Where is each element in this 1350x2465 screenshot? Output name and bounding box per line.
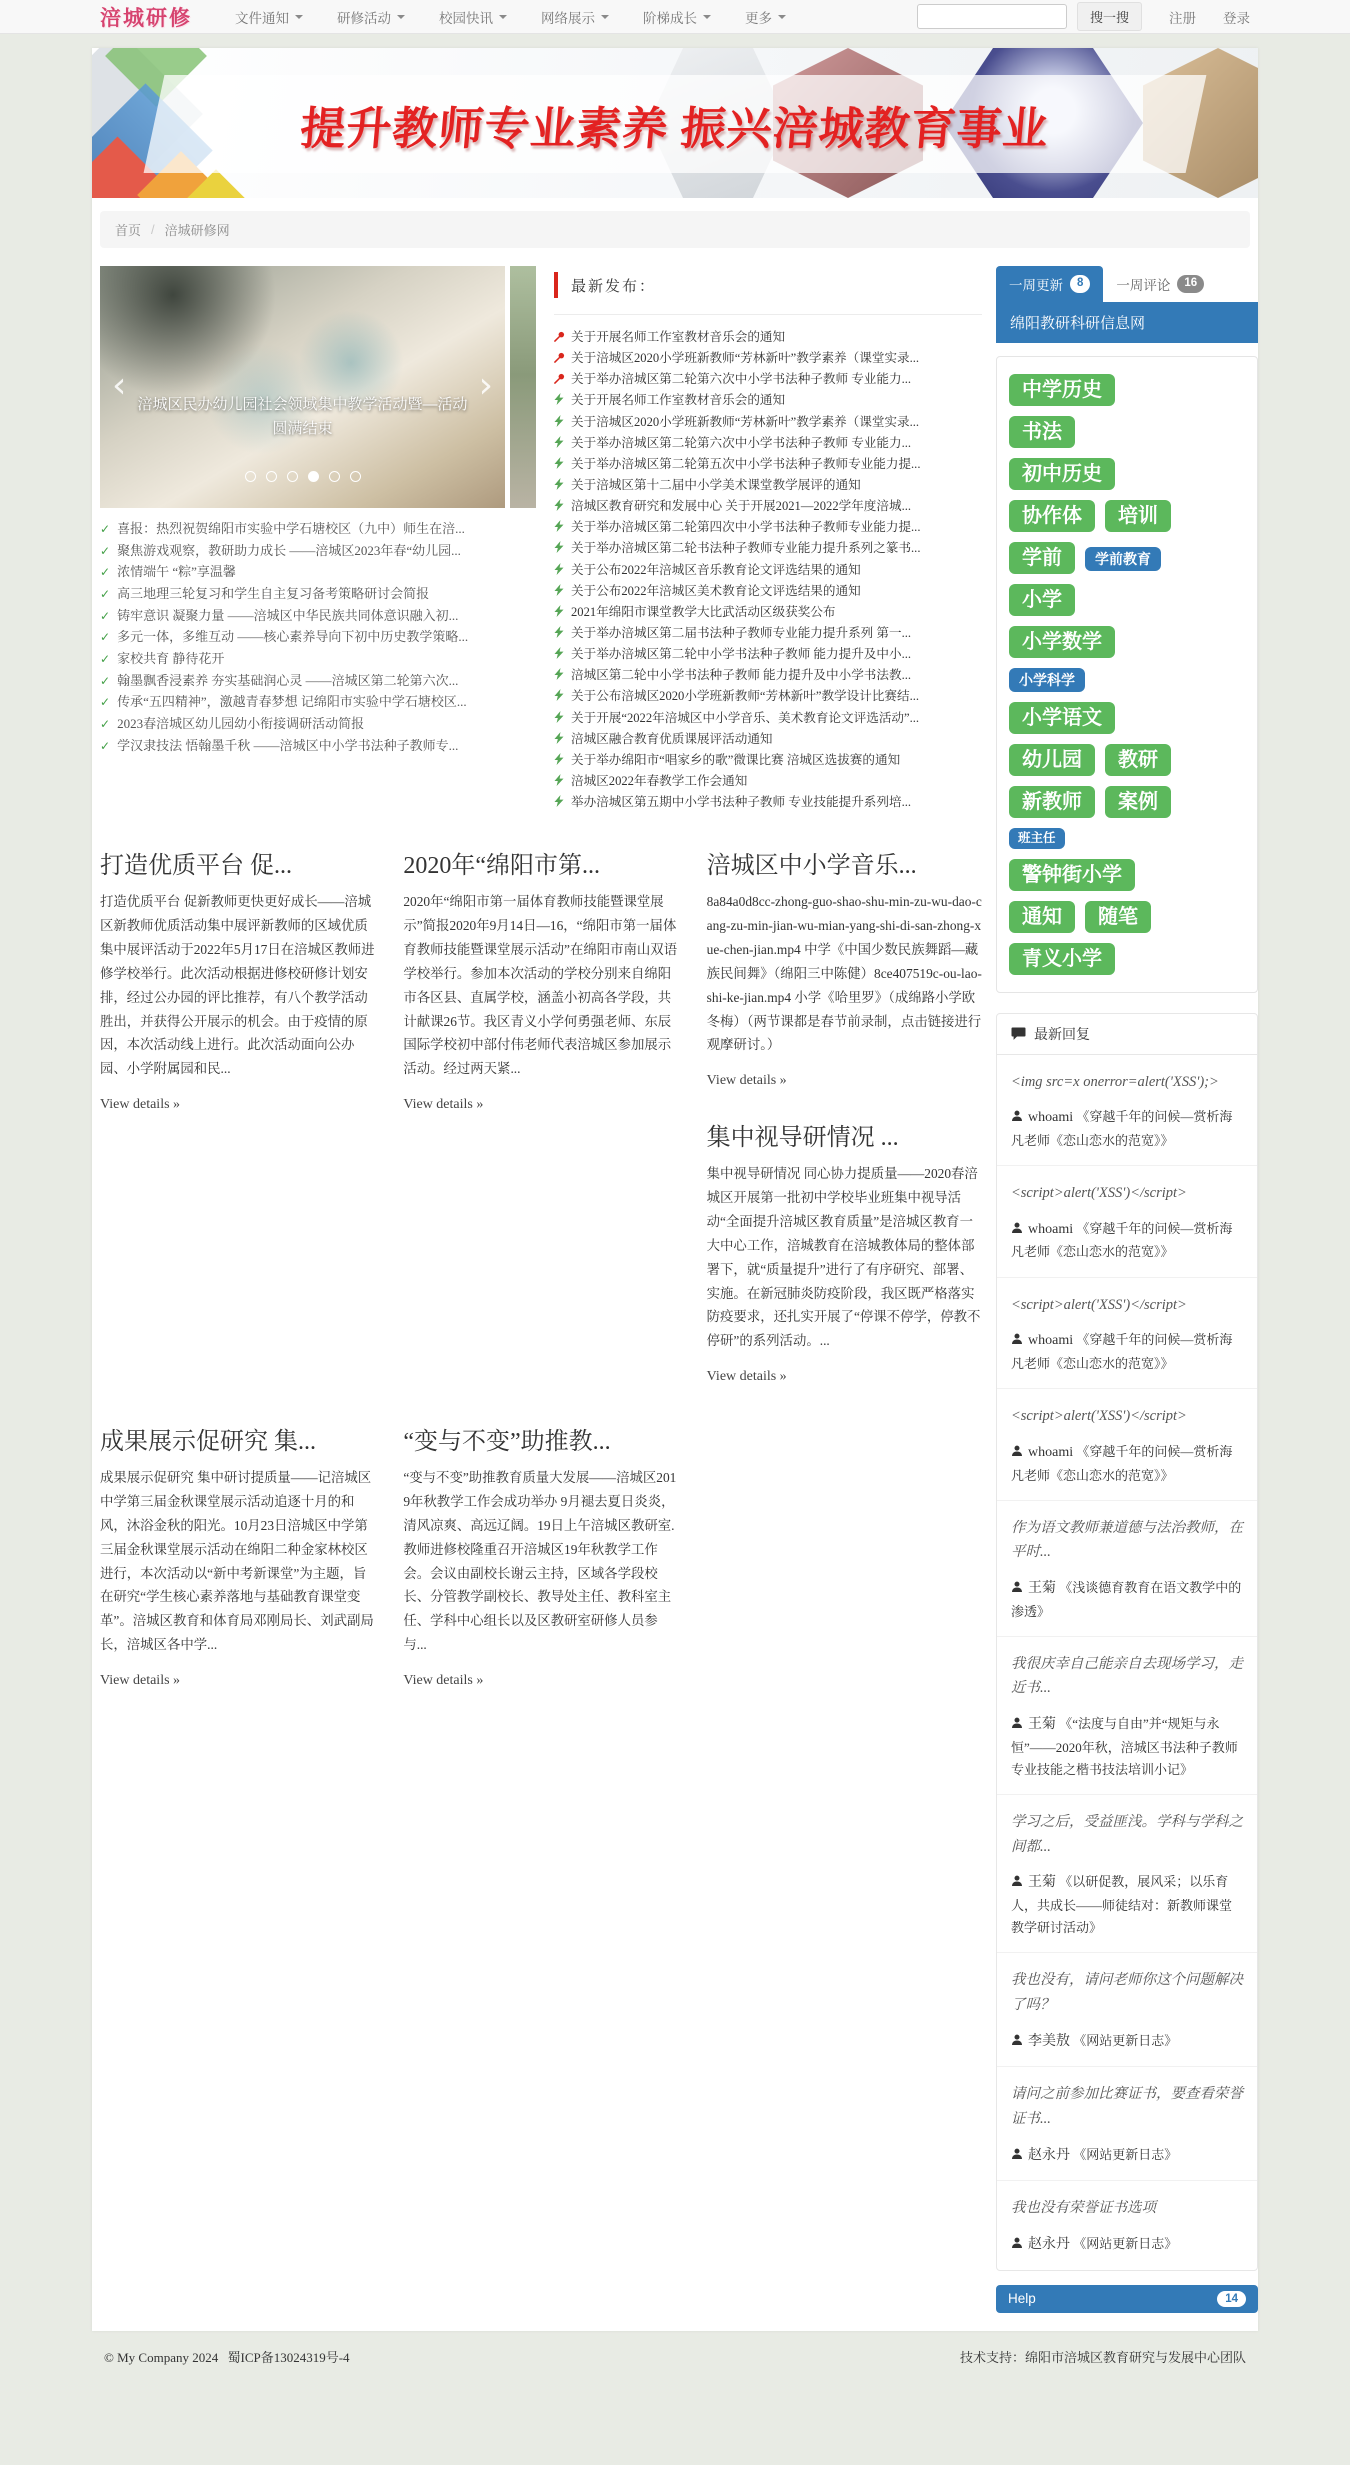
news-link[interactable]: 高三地理三轮复习和学生自主复习备考策略研讨会简报: [117, 586, 429, 601]
news-link[interactable]: 传承“五四精神”，激越青春梦想 记绵阳市实验中学石塘校区...: [117, 694, 467, 709]
post-list-item[interactable]: 关于涪城区第十二届中小学美术课堂教学展评的通知: [554, 475, 982, 496]
tag-link[interactable]: 小学: [1009, 584, 1075, 616]
post-link[interactable]: 关于举办涪城区第二轮中小学书法种子教师 能力提升及中小...: [571, 647, 911, 661]
tag-row: 幼儿园教研: [1009, 739, 1245, 781]
navbar-inner: 涪城研修 文件通知 研修活动 校园快讯 网络展示 阶梯成长 更多 搜一搜 注: [92, 0, 1258, 33]
carousel-column: ‹ › 涪城区民办幼儿园社会领域集中教学活动暨—活动圆满结束 ✓喜报：热烈祝贺绵…: [100, 266, 536, 813]
reply-author-name: 赵永丹: [1028, 2148, 1070, 2163]
reply-source-link[interactable]: 《网站更新日志》: [1073, 2033, 1177, 2048]
article-card: 涪城区中小学音乐... 8a84a0d8cc-zhong-guo-shao-sh…: [707, 839, 982, 1089]
post-link[interactable]: 关于举办涪城区第二轮第五次中小学书法种子教师专业能力提...: [571, 457, 920, 471]
replies-list: <img src=x onerror=alert('XSS');>whoami …: [997, 1055, 1257, 2270]
news-link[interactable]: 多元一体，多维互动 ——核心素养导向下初中历史教学策略...: [117, 629, 468, 644]
news-list-item[interactable]: ✓聚焦游戏观察，教研助力成长 ——涪城区2023年春“幼儿园...: [100, 540, 536, 562]
article-title[interactable]: 2020年“绵阳市第...: [403, 845, 678, 880]
post-list-item[interactable]: 关于公布2022年涪城区美术教育论文评选结果的通知: [554, 581, 982, 602]
post-link[interactable]: 关于公布2022年涪城区美术教育论文评选结果的通知: [571, 584, 861, 598]
view-details-link[interactable]: View details »: [403, 1097, 483, 1113]
news-link[interactable]: 2023春涪城区幼儿园幼小衔接调研活动简报: [117, 716, 364, 731]
post-link[interactable]: 关于开展名师工作室教材音乐会的通知: [571, 393, 785, 407]
latest-posts-header: 最新发布：: [554, 266, 982, 298]
reply-author-line: whoami 《穿越千年的问候—赏析海凡老师《恋山恋水的范宽》》: [1011, 1441, 1243, 1487]
chevron-down-icon: [778, 15, 786, 19]
user-icon: [1011, 1717, 1023, 1729]
reply-author-name: whoami: [1028, 1333, 1073, 1348]
tag-link[interactable]: 学前教育: [1085, 547, 1161, 571]
view-details-link[interactable]: View details »: [100, 1673, 180, 1689]
check-icon: ✓: [100, 587, 110, 601]
reply-item: <script>alert('XSS')</script>whoami 《穿越千…: [997, 1277, 1257, 1389]
nav-menu-files[interactable]: 文件通知: [218, 0, 320, 33]
tag-row: 警钟街小学: [1009, 854, 1245, 896]
tag-link[interactable]: 中学历史: [1009, 374, 1115, 406]
post-link[interactable]: 关于举办涪城区第二轮第六次中小学书法种子教师 专业能力...: [571, 372, 911, 386]
footer-support-text: 技术支持：绵阳市涪城区教育研究与发展中心团队: [960, 2347, 1246, 2366]
page-footer: © My Company 2024 蜀ICP备13024319号-4 技术支持：…: [92, 2331, 1258, 2390]
news-list-item[interactable]: ✓传承“五四精神”，激越青春梦想 记绵阳市实验中学石塘校区...: [100, 691, 536, 713]
post-link[interactable]: 关于公布涪城区2020小学班新教师“芳林新叶”教学设计比赛结...: [571, 689, 919, 703]
article-title[interactable]: “变与不变”助推教...: [403, 1421, 678, 1456]
carousel-dot[interactable]: [287, 471, 298, 482]
reply-author-name: whoami: [1028, 1222, 1073, 1237]
article-card: 成果展示促研究 集... 成果展示促研究 集中研讨提质量——记涪城区中学第三届金…: [100, 1415, 375, 1689]
article-card: 2020年“绵阳市第... 2020年“绵阳市第一届体育教师技能暨课堂展示”简报…: [403, 839, 678, 1385]
reply-item: 我也没有荣誉证书选项赵永丹 《网站更新日志》: [997, 2180, 1257, 2269]
news-link[interactable]: 铸牢意识 凝聚力量 ——涪城区中华民族共同体意识融入初...: [117, 608, 458, 623]
article-excerpt: 集中视导研情况 同心协力提质量——2020春涪城区开展第一批初中学校毕业班集中视…: [707, 1162, 982, 1353]
article-excerpt: 成果展示促研究 集中研讨提质量——记涪城区中学第三届金秋课堂展示活动追逐十月的和…: [100, 1466, 375, 1657]
news-link[interactable]: 翰墨飘香浸素养 夯实基础润心灵 ——涪城区第二轮第六次...: [117, 673, 458, 688]
post-link[interactable]: 关于涪城区2020小学班新教师“芳林新叶”教学素养（课堂实录...: [571, 415, 919, 429]
search-button[interactable]: 搜一搜: [1077, 2, 1142, 31]
pin-icon: [554, 352, 565, 363]
lightning-icon: [554, 499, 564, 511]
chevron-down-icon: [703, 15, 711, 19]
carousel-caption: 涪城区民办幼儿园社会领域集中教学活动暨—活动圆满结束: [100, 393, 505, 443]
reply-author-name: 赵永丹: [1028, 2237, 1070, 2252]
tag-link[interactable]: 警钟街小学: [1009, 859, 1135, 891]
tag-link[interactable]: 随笔: [1085, 901, 1151, 933]
nav-menu-more[interactable]: 更多: [728, 0, 803, 33]
user-icon: [1011, 1445, 1023, 1457]
post-list-item[interactable]: 关于举办涪城区第二轮第五次中小学书法种子教师专业能力提...: [554, 454, 982, 475]
lightning-icon: [554, 584, 564, 596]
nav-menu-campus-news[interactable]: 校园快讯: [422, 0, 524, 33]
tag-row: 小学数学: [1009, 621, 1245, 663]
news-list-item[interactable]: ✓浓情端午 “粽”享温馨: [100, 561, 536, 583]
lightning-icon: [554, 668, 564, 680]
sidebar: 一周更新 8 一周评论 16 绵阳教研科研信息网 中学历史书法初中历史协作体培训…: [996, 266, 1258, 2313]
news-list-item[interactable]: ✓2023春涪城区幼儿园幼小衔接调研活动简报: [100, 713, 536, 735]
lightning-icon: [554, 393, 564, 405]
tag-row: 初中历史: [1009, 453, 1245, 495]
check-icon: ✓: [100, 652, 110, 666]
reply-author-line: whoami 《穿越千年的问候—赏析海凡老师《恋山恋水的范宽》》: [1011, 1329, 1243, 1375]
post-link[interactable]: 关于举办涪城区第二轮第四次中小学书法种子教师专业能力提...: [571, 520, 920, 534]
chevron-down-icon: [601, 15, 609, 19]
lightning-icon: [554, 520, 564, 532]
post-link[interactable]: 举办涪城区第五期中小学书法种子教师 专业技能提升系列培...: [571, 795, 911, 809]
nav-menu-activities[interactable]: 研修活动: [320, 0, 422, 33]
carousel-slide-image: ‹ › 涪城区民办幼儿园社会领域集中教学活动暨—活动圆满结束: [100, 266, 505, 508]
post-list-item[interactable]: 关于举办涪城区第二届书法种子教师专业能力提升系列 第一...: [554, 623, 982, 644]
article-excerpt: 打造优质平台 促新教师更快更好成长——涪城区新教师优质活动集中展评新教师的区域优…: [100, 890, 375, 1081]
carousel-indicators: [100, 471, 505, 482]
tab-label: 一周评论: [1116, 274, 1170, 294]
news-list-item[interactable]: ✓学汉隶技法 悟翰墨千秋 ——涪城区中小学书法种子教师专...: [100, 735, 536, 757]
user-icon: [1011, 1333, 1023, 1345]
post-link[interactable]: 关于公布2022年涪城区音乐教育论文评选结果的通知: [571, 563, 861, 577]
view-details-link[interactable]: View details »: [403, 1673, 483, 1689]
reply-quote: <script>alert('XSS')</script>: [1011, 1293, 1243, 1318]
article-title[interactable]: 涪城区中小学音乐...: [707, 845, 982, 880]
reply-quote: <img src=x onerror=alert('XSS');>: [1011, 1070, 1243, 1095]
news-list-item[interactable]: ✓高三地理三轮复习和学生自主复习备考策略研讨会简报: [100, 583, 536, 605]
check-icon: ✓: [100, 674, 110, 688]
lightning-icon: [554, 436, 564, 448]
user-icon: [1011, 2237, 1023, 2249]
news-link[interactable]: 家校共育 静待花开: [117, 651, 224, 666]
tag-link[interactable]: 协作体: [1009, 500, 1095, 532]
reply-quote: <script>alert('XSS')</script>: [1011, 1404, 1243, 1429]
post-list-item[interactable]: 关于举办涪城区第二轮第六次中小学书法种子教师 专业能力...: [554, 433, 982, 454]
news-list-item[interactable]: ✓铸牢意识 凝聚力量 ——涪城区中华民族共同体意识融入初...: [100, 605, 536, 627]
reply-item: 学习之后，受益匪浅。学科与学科之间都...王菊 《以研促教，展风采；以乐育人，共…: [997, 1794, 1257, 1952]
tag-link[interactable]: 青义小学: [1009, 943, 1115, 975]
reply-item: <script>alert('XSS')</script>whoami 《穿越千…: [997, 1165, 1257, 1277]
reply-quote: 我也没有，请问老师你这个问题解决了吗？: [1011, 1968, 1243, 2017]
reply-author-line: 赵永丹 《网站更新日志》: [1011, 2233, 1243, 2257]
article-cards-grid: 打造优质平台 促... 打造优质平台 促新教师更快更好成长——涪城区新教师优质活…: [100, 839, 982, 1689]
post-link[interactable]: 关于涪城区第十二届中小学美术课堂教学展评的通知: [571, 478, 861, 492]
chevron-down-icon: [295, 15, 303, 19]
reply-source-link[interactable]: 《网站更新日志》: [1073, 2147, 1177, 2162]
article-title[interactable]: 成果展示促研究 集...: [100, 1421, 375, 1456]
help-label: Help: [1008, 2291, 1036, 2306]
reply-quote: 请问之前参加比赛证书，要查看荣誉证书...: [1011, 2082, 1243, 2131]
latest-replies-header: 最新回复: [997, 1014, 1257, 1055]
check-icon: ✓: [100, 565, 110, 579]
lightning-icon: [554, 732, 564, 744]
reply-item: 我很庆幸自己能亲自去现场学习，走近书...王菊 《“法度与自由”并“规矩与永恒”…: [997, 1636, 1257, 1794]
nav-menu-label: 阶梯成长: [643, 7, 697, 27]
latest-replies-panel: 最新回复 <img src=x onerror=alert('XSS');>wh…: [996, 1013, 1258, 2271]
banner-slogan: 提升教师专业素养 振兴涪城教育事业: [92, 92, 1258, 157]
post-list-item[interactable]: 涪城区教育研究和发展中心 关于开展2021—2022学年度涪城...: [554, 496, 982, 517]
pin-icon: [554, 331, 565, 342]
post-list-item[interactable]: 关于举办涪城区第二轮中小学书法种子教师 能力提升及中小...: [554, 644, 982, 665]
tab-weekly-updates[interactable]: 一周更新 8: [996, 266, 1103, 302]
tag-link[interactable]: 小学科学: [1009, 668, 1085, 692]
article-excerpt: “变与不变”助推教育质量大发展——涪城区2019年秋教学工作会成功举办 9月褪去…: [403, 1466, 678, 1657]
post-link[interactable]: 关于举办涪城区第二轮书法种子教师专业能力提升系列之篆书...: [571, 541, 920, 555]
article-card-stack: 涪城区中小学音乐... 8a84a0d8cc-zhong-guo-shao-sh…: [707, 839, 982, 1385]
post-link[interactable]: 涪城区第二轮中小学书法种子教师 能力提升及中小学书法教...: [571, 668, 911, 682]
check-icon: ✓: [100, 630, 110, 644]
main-content: ‹ › 涪城区民办幼儿园社会领域集中教学活动暨—活动圆满结束 ✓喜报：热烈祝贺绵…: [92, 266, 1258, 2313]
reply-author-line: whoami 《穿越千年的问候—赏析海凡老师《恋山恋水的范宽》》: [1011, 1218, 1243, 1264]
reply-author-line: 赵永丹 《网站更新日志》: [1011, 2144, 1243, 2168]
tag-link[interactable]: 学前: [1009, 542, 1075, 574]
icp-license-link[interactable]: 蜀ICP备13024319号-4: [228, 2350, 350, 2365]
tag-row: 新教师案例: [1009, 781, 1245, 823]
tag-row: 中学历史: [1009, 369, 1245, 411]
view-details-link[interactable]: View details »: [707, 1073, 787, 1089]
tag-link[interactable]: 新教师: [1009, 786, 1095, 818]
news-list-item[interactable]: ✓家校共育 静待花开: [100, 648, 536, 670]
carousel-dot[interactable]: [329, 471, 340, 482]
help-bar[interactable]: Help 14: [996, 2285, 1258, 2313]
navbar-right: 搜一搜 注册 登录: [917, 2, 1250, 31]
site-logo[interactable]: 涪城研修: [100, 2, 192, 32]
check-icon: ✓: [100, 609, 110, 623]
lightning-icon: [554, 415, 564, 427]
reply-author-name: 王菊: [1028, 1875, 1056, 1890]
nav-menu-label: 校园快讯: [439, 7, 493, 27]
reply-source-link[interactable]: 《网站更新日志》: [1073, 2236, 1177, 2251]
check-icon: ✓: [100, 544, 110, 558]
check-icon: ✓: [100, 522, 110, 536]
nav-menu-label: 研修活动: [337, 7, 391, 27]
reply-author-line: 王菊 《“法度与自由”并“规矩与永恒”——2020年秋，涪城区书法种子教师专业技…: [1011, 1713, 1243, 1781]
post-list-item[interactable]: 关于涪城区2020小学班新教师“芳林新叶”教学素养（课堂实录...: [554, 412, 982, 433]
user-icon: [1011, 1110, 1023, 1122]
post-link[interactable]: 关于举办涪城区第二届书法种子教师专业能力提升系列 第一...: [571, 626, 911, 640]
post-list-item[interactable]: 关于举办涪城区第二轮书法种子教师专业能力提升系列之篆书...: [554, 538, 982, 559]
breadcrumb-current: 涪城研修网: [165, 220, 230, 239]
chevron-down-icon: [499, 15, 507, 19]
reply-author-line: 王菊 《浅谈德育教育在语文教学中的渗透》: [1011, 1577, 1243, 1623]
check-icon: ✓: [100, 695, 110, 709]
nav-menu-network-show[interactable]: 网络展示: [524, 0, 626, 33]
post-link[interactable]: 涪城区融合教育优质课展评活动通知: [571, 732, 773, 746]
lightning-icon: [554, 753, 564, 765]
reply-item: 作为语文教师兼道德与法治教师，在平时...王菊 《浅谈德育教育在语文教学中的渗透…: [997, 1500, 1257, 1636]
breadcrumb: 首页 / 涪城研修网: [100, 211, 1250, 248]
tag-link[interactable]: 通知: [1009, 901, 1075, 933]
tag-cloud: 中学历史书法初中历史协作体培训学前学前教育小学小学数学小学科学小学语文幼儿园教研…: [996, 356, 1258, 993]
lightning-icon: [554, 457, 564, 469]
latest-posts-title: 最新发布：: [571, 275, 656, 296]
breadcrumb-home[interactable]: 首页: [115, 220, 141, 239]
post-link[interactable]: 涪城区教育研究和发展中心 关于开展2021—2022学年度涪城...: [571, 499, 911, 513]
reply-item: <script>alert('XSS')</script>whoami 《穿越千…: [997, 1388, 1257, 1500]
lightning-icon: [554, 795, 564, 807]
post-list-item[interactable]: 关于开展名师工作室教材音乐会的通知: [554, 327, 982, 348]
post-list-item[interactable]: 关于公布2022年涪城区音乐教育论文评选结果的通知: [554, 560, 982, 581]
news-link[interactable]: 学汉隶技法 悟翰墨千秋 ——涪城区中小学书法种子教师专...: [117, 738, 458, 753]
tag-row: 书法: [1009, 411, 1245, 453]
view-details-link[interactable]: View details »: [707, 1369, 787, 1385]
main-column: ‹ › 涪城区民办幼儿园社会领域集中教学活动暨—活动圆满结束 ✓喜报：热烈祝贺绵…: [100, 266, 982, 1689]
news-list-item[interactable]: ✓多元一体，多维互动 ——核心素养导向下初中历史教学策略...: [100, 626, 536, 648]
reply-author-name: 李美敖: [1028, 2034, 1070, 2049]
reply-item: 请问之前参加比赛证书，要查看荣誉证书...赵永丹 《网站更新日志》: [997, 2066, 1257, 2180]
latest-replies-title: 最新回复: [1034, 1024, 1090, 1044]
view-details-link[interactable]: View details »: [100, 1097, 180, 1113]
carousel-next-slide-sliver: [510, 266, 536, 508]
login-link[interactable]: 登录: [1223, 7, 1250, 27]
post-list-item[interactable]: 关于举办绵阳市“唱家乡的歌”微课比赛 涪城区选拔赛的通知: [554, 750, 982, 771]
user-icon: [1011, 2148, 1023, 2160]
news-link[interactable]: 聚焦游戏观察，教研助力成长 ——涪城区2023年春“幼儿园...: [117, 543, 461, 558]
reply-author-line: whoami 《穿越千年的问候—赏析海凡老师《恋山恋水的范宽》》: [1011, 1106, 1243, 1152]
tag-row: 通知随笔: [1009, 896, 1245, 938]
user-icon: [1011, 1222, 1023, 1234]
lightning-icon: [554, 711, 564, 723]
tag-row: 协作体培训: [1009, 495, 1245, 537]
post-link[interactable]: 关于举办涪城区第二轮第六次中小学书法种子教师 专业能力...: [571, 436, 911, 450]
tag-row: 小学科学: [1009, 663, 1245, 697]
nav-menu-growth[interactable]: 阶梯成长: [626, 0, 728, 33]
post-link[interactable]: 关于开展名师工作室教材音乐会的通知: [571, 330, 785, 344]
post-list-item[interactable]: 关于举办涪城区第二轮第六次中小学书法种子教师 专业能力...: [554, 369, 982, 390]
user-icon: [1011, 1875, 1023, 1887]
tag-row: 学前学前教育: [1009, 537, 1245, 579]
reply-quote: 作为语文教师兼道德与法治教师，在平时...: [1011, 1516, 1243, 1565]
post-list-item[interactable]: 关于开展“2022年涪城区中小学音乐、美术教育论文评选活动”...: [554, 708, 982, 729]
latest-posts-list: 关于开展名师工作室教材音乐会的通知关于涪城区2020小学班新教师“芳林新叶”教学…: [554, 327, 982, 813]
main-top-row: ‹ › 涪城区民办幼儿园社会领域集中教学活动暨—活动圆满结束 ✓喜报：热烈祝贺绵…: [100, 266, 982, 813]
post-link[interactable]: 涪城区2022年春教学工作会通知: [571, 774, 747, 788]
reply-quote: 学习之后，受益匪浅。学科与学科之间都...: [1011, 1810, 1243, 1859]
red-accent-bar: [554, 272, 558, 298]
lightning-icon: [554, 478, 564, 490]
article-card: 打造优质平台 促... 打造优质平台 促新教师更快更好成长——涪城区新教师优质活…: [100, 839, 375, 1385]
tab-weekly-comments[interactable]: 一周评论 16: [1103, 266, 1217, 302]
post-list-item[interactable]: 关于公布涪城区2020小学班新教师“芳林新叶”教学设计比赛结...: [554, 686, 982, 707]
article-card: 集中视导研情况 ... 集中视导研情况 同心协力提质量——2020春涪城区开展第…: [707, 1111, 982, 1385]
lightning-icon: [554, 689, 564, 701]
post-list-item[interactable]: 涪城区融合教育优质课展评活动通知: [554, 729, 982, 750]
reply-quote: 我也没有荣誉证书选项: [1011, 2196, 1243, 2221]
carousel-dot[interactable]: [350, 471, 361, 482]
news-link[interactable]: 浓情端午 “粽”享温馨: [117, 564, 236, 579]
post-link[interactable]: 关于举办绵阳市“唱家乡的歌”微课比赛 涪城区选拔赛的通知: [571, 753, 900, 767]
tab-badge: 8: [1070, 275, 1090, 293]
check-icon: ✓: [100, 717, 110, 731]
tag-row: 小学语文: [1009, 697, 1245, 739]
breadcrumb-separator: /: [151, 222, 155, 237]
user-icon: [1011, 2034, 1023, 2046]
help-badge: 14: [1217, 2291, 1246, 2307]
check-icon: ✓: [100, 739, 110, 753]
latest-posts-column: 最新发布： 关于开展名师工作室教材音乐会的通知关于涪城区2020小学班新教师“芳…: [554, 266, 982, 813]
tag-link[interactable]: 培训: [1105, 500, 1171, 532]
reply-author-line: 李美敖 《网站更新日志》: [1011, 2030, 1243, 2054]
reply-author-name: whoami: [1028, 1110, 1073, 1125]
news-list: ✓喜报：热烈祝贺绵阳市实验中学石塘校区（九中）师生在涪...✓聚焦游戏观察，教研…: [100, 518, 536, 756]
reply-author-name: 王菊: [1028, 1581, 1056, 1596]
tag-link[interactable]: 书法: [1009, 416, 1075, 448]
sidebar-tabs: 一周更新 8 一周评论 16: [996, 266, 1258, 302]
tag-link[interactable]: 小学语文: [1009, 702, 1115, 734]
post-list-item[interactable]: 2021年绵阳市课堂教学大比武活动区级获奖公布: [554, 602, 982, 623]
speech-bubble-icon: [1011, 1027, 1026, 1041]
post-list-item[interactable]: 涪城区2022年春教学工作会通知: [554, 771, 982, 792]
register-link[interactable]: 注册: [1169, 7, 1196, 27]
pin-icon: [554, 373, 565, 384]
copyright-text: © My Company 2024: [104, 2350, 218, 2365]
footer-left: © My Company 2024 蜀ICP备13024319号-4: [104, 2347, 350, 2366]
news-list-item[interactable]: ✓翰墨飘香浸素养 夯实基础润心灵 ——涪城区第二轮第六次...: [100, 670, 536, 692]
post-list-item[interactable]: 关于涪城区2020小学班新教师“芳林新叶”教学素养（课堂实录...: [554, 348, 982, 369]
chevron-down-icon: [397, 15, 405, 19]
carousel-dot[interactable]: [308, 471, 319, 482]
lightning-icon: [554, 563, 564, 575]
tab-label: 一周更新: [1009, 274, 1063, 294]
post-list-item[interactable]: 关于举办涪城区第二轮第四次中小学书法种子教师专业能力提...: [554, 517, 982, 538]
user-icon: [1011, 1581, 1023, 1593]
article-title[interactable]: 集中视导研情况 ...: [707, 1117, 982, 1152]
post-link[interactable]: 关于涪城区2020小学班新教师“芳林新叶”教学素养（课堂实录...: [571, 351, 919, 365]
search-input[interactable]: [917, 4, 1067, 29]
sidebar-panel-title: 绵阳教研科研信息网: [996, 302, 1258, 343]
image-carousel: ‹ › 涪城区民办幼儿园社会领域集中教学活动暨—活动圆满结束: [100, 266, 536, 508]
top-navbar: 涪城研修 文件通知 研修活动 校园快讯 网络展示 阶梯成长 更多 搜一搜 注: [0, 0, 1350, 34]
post-link[interactable]: 2021年绵阳市课堂教学大比武活动区级获奖公布: [571, 605, 835, 619]
reply-quote: <script>alert('XSS')</script>: [1011, 1181, 1243, 1206]
nav-menu-label: 更多: [745, 7, 772, 27]
article-excerpt: 8a84a0d8cc-zhong-guo-shao-shu-min-zu-wu-…: [707, 890, 982, 1057]
nav-menu-label: 文件通知: [235, 7, 289, 27]
tag-row: 班主任: [1009, 823, 1245, 854]
tag-link[interactable]: 小学数学: [1009, 626, 1115, 658]
carousel-dot[interactable]: [245, 471, 256, 482]
post-list-item[interactable]: 涪城区第二轮中小学书法种子教师 能力提升及中小学书法教...: [554, 665, 982, 686]
reply-item: 我也没有，请问老师你这个问题解决了吗？李美敖 《网站更新日志》: [997, 1952, 1257, 2066]
tag-link[interactable]: 案例: [1105, 786, 1171, 818]
tag-link[interactable]: 初中历史: [1009, 458, 1115, 490]
article-excerpt: 2020年“绵阳市第一届体育教师技能暨课堂展示”简报2020年9月14日—16，…: [403, 890, 678, 1081]
tag-row: 青义小学: [1009, 938, 1245, 980]
lightning-icon: [554, 647, 564, 659]
page-container: 提升教师专业素养 振兴涪城教育事业 首页 / 涪城研修网 ‹ › 涪城区民办幼儿…: [92, 48, 1258, 2331]
news-link[interactable]: 喜报：热烈祝贺绵阳市实验中学石塘校区（九中）师生在涪...: [117, 521, 465, 536]
reply-author-name: whoami: [1028, 1445, 1073, 1460]
article-card: “变与不变”助推教... “变与不变”助推教育质量大发展——涪城区2019年秋教…: [403, 1415, 678, 1689]
divider: [554, 314, 982, 315]
tag-link[interactable]: 教研: [1105, 744, 1171, 776]
lightning-icon: [554, 774, 564, 786]
reply-author-name: 王菊: [1028, 1717, 1056, 1732]
tab-badge: 16: [1177, 275, 1204, 293]
banner: 提升教师专业素养 振兴涪城教育事业: [92, 48, 1258, 198]
reply-author-line: 王菊 《以研促教，展风采；以乐育人，共成长——师徒结对：新教师课堂教学研讨活动》: [1011, 1871, 1243, 1939]
reply-item: <img src=x onerror=alert('XSS');>whoami …: [997, 1055, 1257, 1166]
tag-row: 小学: [1009, 579, 1245, 621]
article-title[interactable]: 打造优质平台 促...: [100, 845, 375, 880]
lightning-icon: [554, 605, 564, 617]
post-list-item[interactable]: 关于开展名师工作室教材音乐会的通知: [554, 390, 982, 411]
news-list-item[interactable]: ✓喜报：热烈祝贺绵阳市实验中学石塘校区（九中）师生在涪...: [100, 518, 536, 540]
tag-link[interactable]: 幼儿园: [1009, 744, 1095, 776]
tag-link[interactable]: 班主任: [1009, 828, 1065, 849]
nav-menu-label: 网络展示: [541, 7, 595, 27]
lightning-icon: [554, 626, 564, 638]
carousel-dot[interactable]: [266, 471, 277, 482]
lightning-icon: [554, 541, 564, 553]
post-list-item[interactable]: 举办涪城区第五期中小学书法种子教师 专业技能提升系列培...: [554, 792, 982, 813]
reply-quote: 我很庆幸自己能亲自去现场学习，走近书...: [1011, 1652, 1243, 1701]
post-link[interactable]: 关于开展“2022年涪城区中小学音乐、美术教育论文评选活动”...: [571, 711, 919, 725]
